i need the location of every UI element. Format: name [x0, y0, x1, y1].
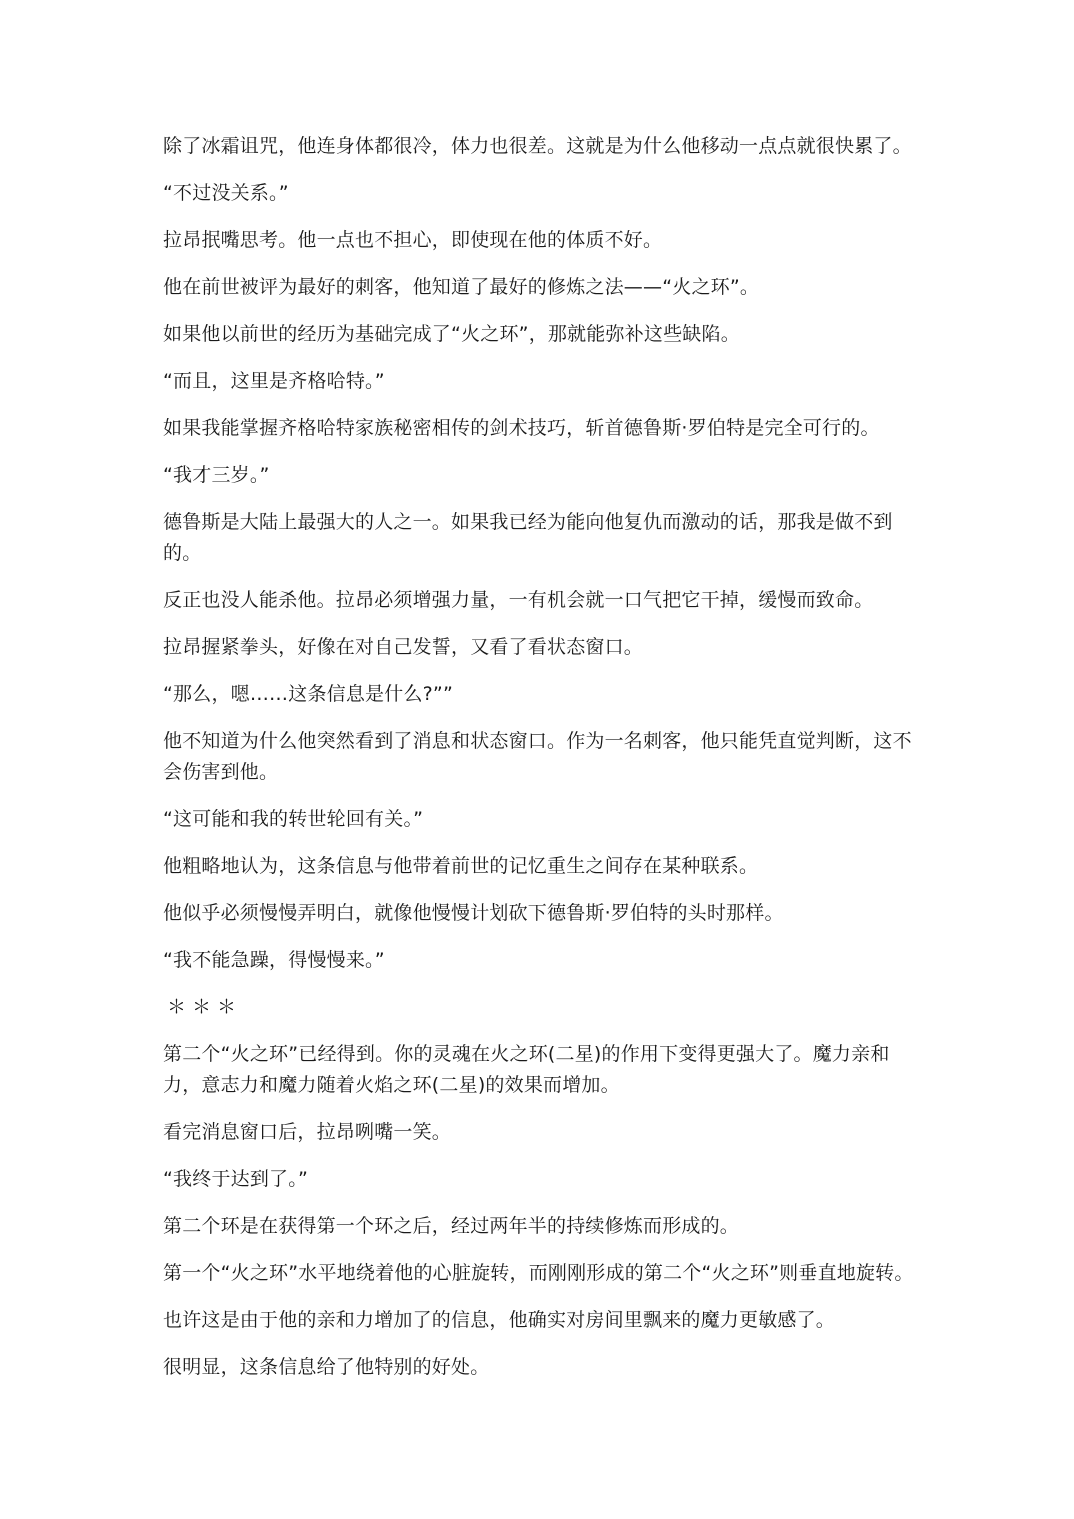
paragraph: 他在前世被评为最好的刺客，他知道了最好的修炼之法——“火之环”。: [163, 272, 918, 303]
section-separator: ＊＊＊: [163, 992, 918, 1023]
paragraph: 看完消息窗口后，拉昂咧嘴一笑。: [163, 1117, 918, 1148]
paragraph: 反正也没人能杀他。拉昂必须增强力量，一有机会就一口气把它干掉，缓慢而致命。: [163, 585, 918, 616]
document-body: 除了冰霜诅咒，他连身体都很冷，体力也很差。这就是为什么他移动一点点就很快累了。 …: [163, 131, 918, 1399]
dialogue-paragraph: “这可能和我的转世轮回有关。”: [163, 804, 918, 835]
paragraph: 很明显，这条信息给了他特别的好处。: [163, 1352, 918, 1383]
paragraph: 除了冰霜诅咒，他连身体都很冷，体力也很差。这就是为什么他移动一点点就很快累了。: [163, 131, 918, 162]
paragraph: 拉昂抿嘴思考。他一点也不担心，即使现在他的体质不好。: [163, 225, 918, 256]
paragraph: 他似乎必须慢慢弄明白，就像他慢慢计划砍下德鲁斯·罗伯特的头时那样。: [163, 898, 918, 929]
paragraph: 第二个环是在获得第一个环之后，经过两年半的持续修炼而形成的。: [163, 1211, 918, 1242]
paragraph: 他粗略地认为，这条信息与他带着前世的记忆重生之间存在某种联系。: [163, 851, 918, 882]
paragraph: 也许这是由于他的亲和力增加了的信息，他确实对房间里飘来的魔力更敏感了。: [163, 1305, 918, 1336]
dialogue-paragraph: “我才三岁。”: [163, 460, 918, 491]
document-page: 除了冰霜诅咒，他连身体都很冷，体力也很差。这就是为什么他移动一点点就很快累了。 …: [0, 0, 1074, 1519]
dialogue-paragraph: “那么，嗯……这条信息是什么?””: [163, 679, 918, 710]
dialogue-paragraph: “而且，这里是齐格哈特。”: [163, 366, 918, 397]
paragraph: 如果我能掌握齐格哈特家族秘密相传的剑术技巧，斩首德鲁斯·罗伯特是完全可行的。: [163, 413, 918, 444]
paragraph: 第一个“火之环”水平地绕着他的心脏旋转，而刚刚形成的第二个“火之环”则垂直地旋转…: [163, 1258, 918, 1289]
paragraph: 拉昂握紧拳头，好像在对自己发誓，又看了看状态窗口。: [163, 632, 918, 663]
paragraph: 他不知道为什么他突然看到了消息和状态窗口。作为一名刺客，他只能凭直觉判断，这不会…: [163, 726, 918, 788]
paragraph: 德鲁斯是大陆上最强大的人之一。如果我已经为能向他复仇而激动的话，那我是做不到的。: [163, 507, 918, 569]
dialogue-paragraph: “我终于达到了。”: [163, 1164, 918, 1195]
dialogue-paragraph: “不过没关系。”: [163, 178, 918, 209]
paragraph: 如果他以前世的经历为基础完成了“火之环”，那就能弥补这些缺陷。: [163, 319, 918, 350]
dialogue-paragraph: “我不能急躁，得慢慢来。”: [163, 945, 918, 976]
system-message-paragraph: 第二个“火之环”已经得到。你的灵魂在火之环(二星)的作用下变得更强大了。魔力亲和…: [163, 1039, 918, 1101]
